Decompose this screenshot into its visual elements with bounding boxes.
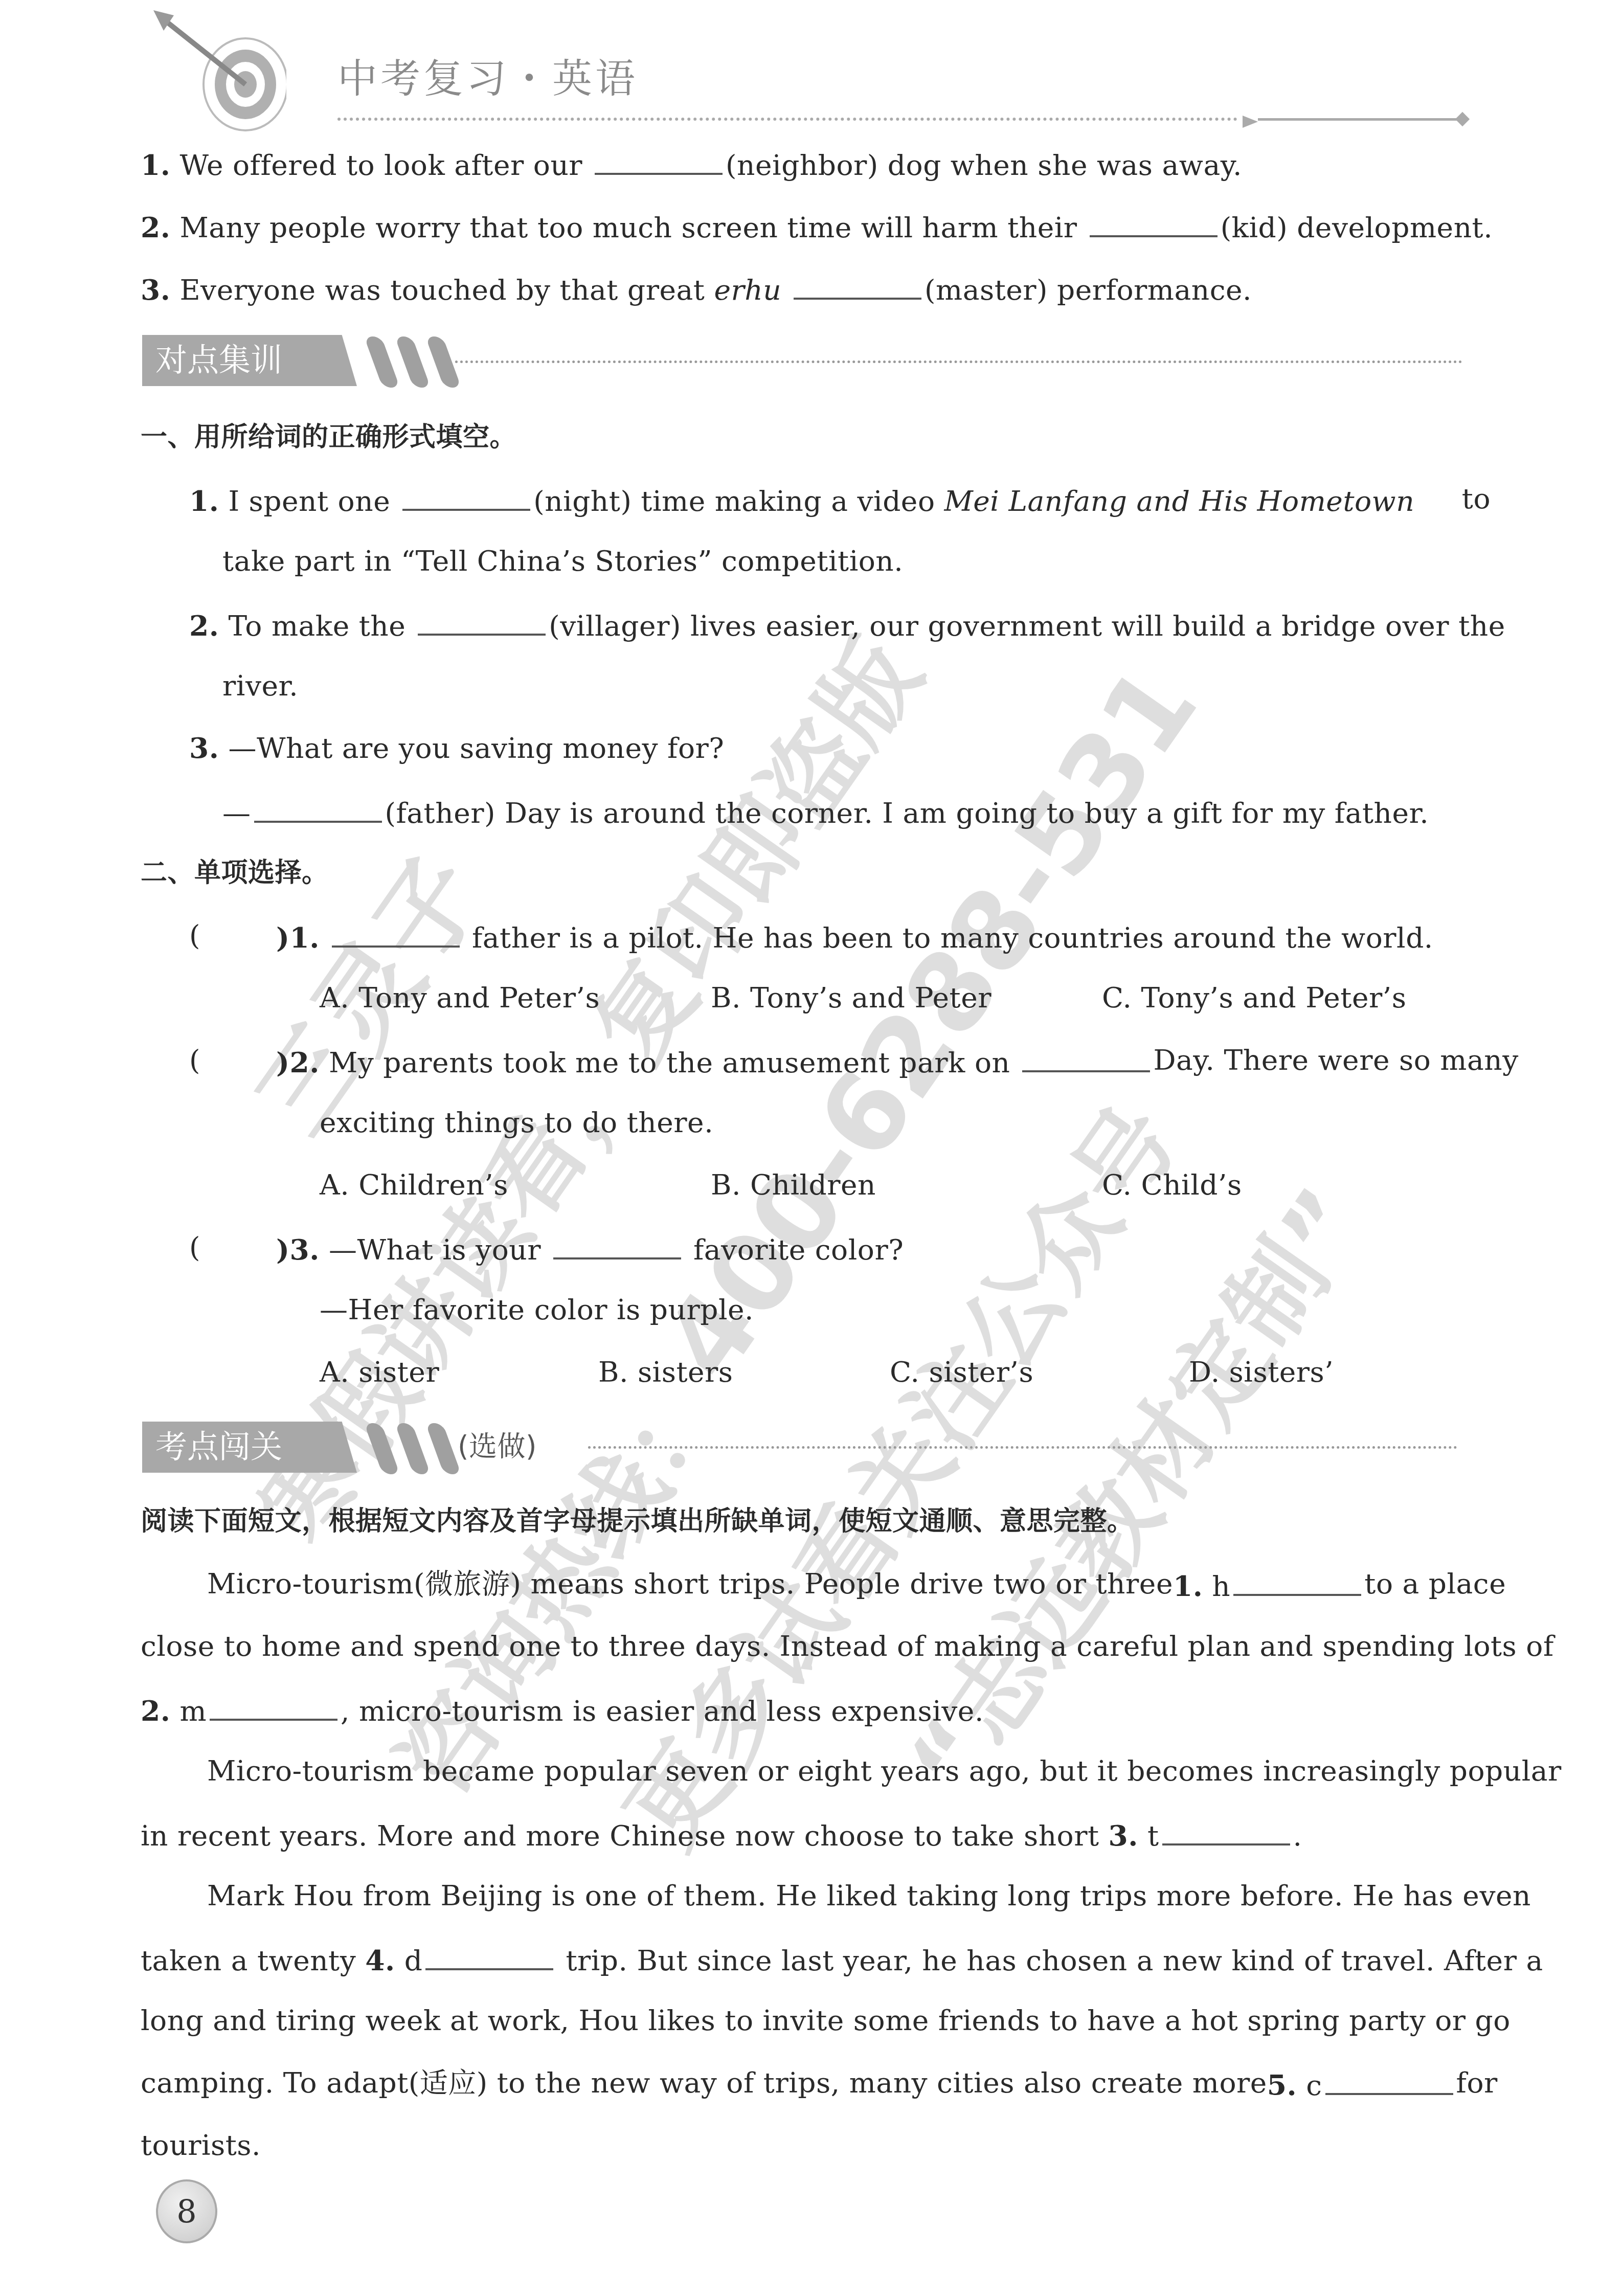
- passage-line: long and tiring week at work, Hou likes …: [141, 2002, 1511, 2038]
- option[interactable]: B. sisters: [598, 1354, 733, 1390]
- fill-item-3-cont: —(father) Day is around the corner. I am…: [222, 793, 1429, 831]
- option[interactable]: A. sister: [320, 1354, 439, 1390]
- option[interactable]: D. sisters’: [1189, 1354, 1334, 1390]
- answer-blank[interactable]: [1325, 2065, 1453, 2095]
- section-banner-duidian: 对点集训: [142, 335, 357, 386]
- answer-blank[interactable]: [332, 917, 460, 948]
- banner-stripe: [364, 1423, 400, 1474]
- mc-item-2-cont: exciting things to do there.: [320, 1105, 713, 1140]
- banner-stripe: [395, 336, 431, 388]
- answer-paren[interactable]: (: [189, 1229, 200, 1265]
- section-banner-kaodian: 考点闯关: [142, 1422, 357, 1473]
- answer-blank[interactable]: [210, 1691, 337, 1721]
- watermark: 400-6288-531: [639, 644, 1222, 1401]
- passage-line: Mark Hou from Beijing is one of them. He…: [207, 1878, 1531, 1914]
- fill-item-2: 2. To make the (villager) lives easier, …: [189, 605, 1505, 644]
- part2-heading: 二、单项选择。: [141, 855, 329, 891]
- reading-instruction: 阅读下面短文，根据短文内容及首字母提示填出所缺单词，使短文通顺、意思完整。: [141, 1503, 1134, 1539]
- intro-exercise: 1. We offered to look after our (neighbo…: [141, 145, 1242, 183]
- mc-item-3-cont: —Her favorite color is purple.: [320, 1292, 754, 1327]
- option[interactable]: B. Children: [711, 1167, 876, 1203]
- answer-blank[interactable]: [595, 145, 723, 175]
- passage-line: tourists.: [141, 2127, 261, 2163]
- mc-item-2: )2. My parents took me to the amusement …: [276, 1042, 1491, 1081]
- answer-blank[interactable]: [1090, 207, 1218, 237]
- passage-line: 2. m, micro-tourism is easier and less e…: [141, 1691, 984, 1729]
- banner-stripe: [364, 336, 400, 388]
- answer-paren[interactable]: (: [189, 1042, 200, 1078]
- mc-item-1: )1. father is a pilot. He has been to ma…: [276, 917, 1433, 956]
- fill-item-2-cont: river.: [222, 668, 298, 704]
- answer-blank[interactable]: [794, 269, 921, 300]
- optional-label: (选做): [458, 1428, 537, 1464]
- header-rule: [337, 114, 1473, 124]
- answer-blank[interactable]: [254, 793, 382, 823]
- passage-line: Micro-tourism became popular seven or ei…: [207, 1753, 1562, 1789]
- mc-item-3: )3. —What is your favorite color?: [276, 1229, 904, 1268]
- answer-blank[interactable]: [1022, 1042, 1150, 1072]
- option[interactable]: C. Tony’s and Peter’s: [1102, 980, 1406, 1016]
- answer-blank[interactable]: [1233, 1566, 1361, 1596]
- intro-exercise: 2. Many people worry that too much scree…: [141, 207, 1493, 245]
- answer-blank[interactable]: [425, 1940, 553, 1970]
- answer-blank[interactable]: [418, 605, 546, 636]
- passage-line: in recent years. More and more Chinese n…: [141, 1815, 1302, 1854]
- answer-paren[interactable]: (: [189, 917, 200, 953]
- header-logo: [153, 10, 286, 133]
- passage-line: taken a twenty 4. d trip. But since last…: [141, 1940, 1543, 1978]
- part1-heading: 一、用所给词的正确形式填空。: [141, 419, 516, 455]
- page-number: 8: [176, 2193, 196, 2230]
- target-arrow-icon: [153, 10, 286, 133]
- banner-stripe: [425, 1423, 461, 1474]
- header-title: 中考复习・英语: [337, 47, 638, 104]
- option[interactable]: A. Children’s: [320, 1167, 508, 1203]
- fill-item-1: 1. I spent one (night) time making a vid…: [189, 481, 1491, 519]
- fill-item-3: 3. —What are you saving money for?: [189, 730, 724, 766]
- banner-divider: [455, 361, 1462, 363]
- intro-exercise: 3. Everyone was touched by that great er…: [141, 269, 1252, 308]
- option[interactable]: C. sister’s: [890, 1354, 1033, 1390]
- answer-blank[interactable]: [1162, 1815, 1290, 1845]
- banner-divider: [588, 1446, 1457, 1449]
- option[interactable]: A. Tony and Peter’s: [320, 980, 600, 1016]
- answer-blank[interactable]: [402, 481, 530, 511]
- page-number-badge: 8: [156, 2179, 217, 2243]
- option[interactable]: B. Tony’s and Peter: [711, 980, 991, 1016]
- passage-line: Micro-tourism(微旅游) means short trips. Pe…: [141, 1566, 1491, 1604]
- answer-blank[interactable]: [553, 1229, 681, 1259]
- passage-line: camping. To adapt(适应) to the new way of …: [141, 2065, 1491, 2103]
- banner-stripe: [395, 1423, 431, 1474]
- option[interactable]: C. Child’s: [1102, 1167, 1242, 1203]
- fill-item-1-cont: take part in “Tell China’s Stories” comp…: [222, 543, 903, 579]
- passage-line: close to home and spend one to three day…: [141, 1628, 1554, 1664]
